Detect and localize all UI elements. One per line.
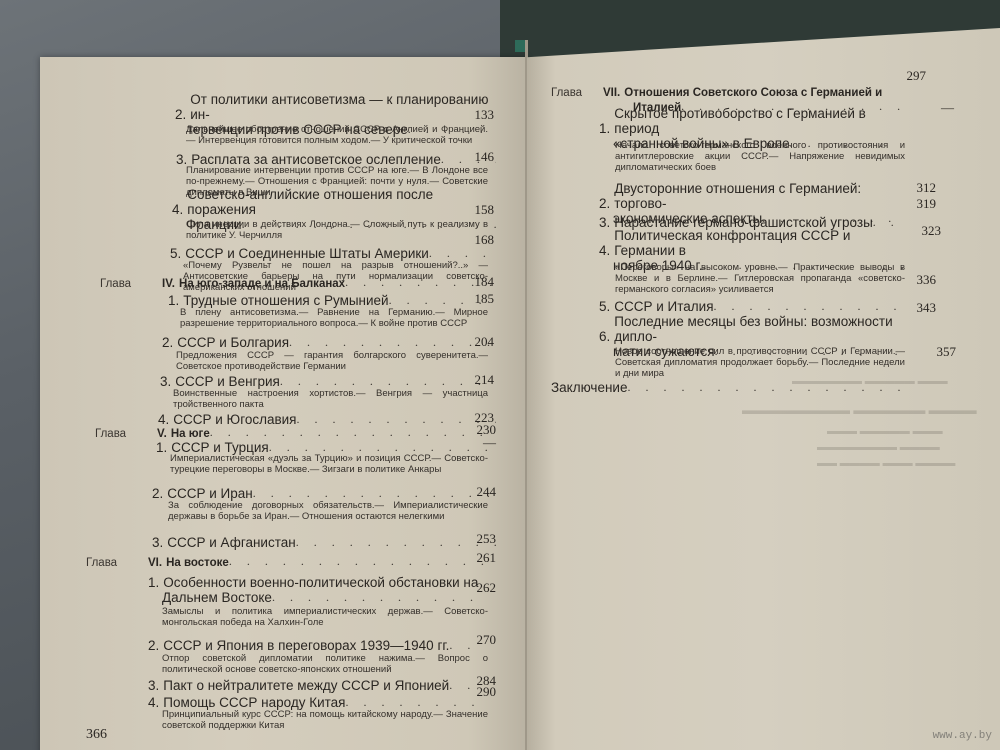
- section-title-line: Скрытое противоборство с Германией в пер…: [614, 106, 905, 136]
- page-number: 168: [460, 232, 494, 248]
- section-title-line: СССР и Иран: [167, 486, 252, 501]
- right-page: Глава VII. Отношения Советского Союза с …: [527, 28, 1000, 750]
- chapter-label: Глава: [86, 557, 148, 569]
- section-summary: В плену антисоветизма.— Равнение на Герм…: [180, 307, 488, 329]
- bleed-through-text: ▬▬▬ ▬▬▬▬▬ ▬▬▬▬▬▬▬: [792, 376, 948, 387]
- section-number: 4.: [599, 243, 610, 258]
- page-number: 204: [460, 334, 494, 350]
- section-title-line: Дальнем Востоке: [162, 590, 272, 605]
- page-number: 343: [902, 300, 936, 316]
- page-number: 133: [460, 107, 494, 123]
- chapter-title-line: Отношения Советского Союза с Германией и: [624, 87, 882, 99]
- section-title-line: СССР и Япония в переговорах 1939—1940 гг…: [163, 638, 449, 653]
- section-title-line: Советско-английские отношения после пора…: [187, 187, 496, 217]
- chapter-title: На юго-западе и на Балканах: [179, 278, 345, 290]
- section-number: 1.: [599, 121, 610, 136]
- toc-section: 2. СССР и Япония в переговорах 1939—1940…: [148, 635, 496, 653]
- bleed-through-text: ▬▬▬▬ ▬▬▬▬▬▬ ▬▬▬▬▬▬▬▬▬: [742, 403, 977, 417]
- section-title-line: От политики антисоветизма — к планирован…: [190, 92, 495, 122]
- leader-dots: . . . . . . . . . . . . . . . . . . . . …: [229, 554, 496, 569]
- section-title-line: СССР и Соединенные Штаты Америки: [185, 246, 429, 261]
- section-title-line: Помощь СССР народу Китая: [163, 695, 345, 710]
- section-number: 5.: [170, 246, 181, 261]
- section-summary: Новое соотношение сил в противостоянии С…: [615, 346, 905, 379]
- section-title-line: СССР и Венгрия: [175, 374, 280, 389]
- section-number: 4.: [148, 695, 159, 710]
- section-number: 1.: [168, 293, 179, 308]
- toc-section: 2. СССР и Иран. . . . . . . . . . . . . …: [152, 483, 496, 501]
- page-number: 146: [460, 149, 494, 165]
- page-number: 357: [922, 344, 956, 360]
- leader-dots: . . . . . . . . . . . . . . .: [714, 299, 905, 314]
- section-number: 3.: [160, 374, 171, 389]
- section-number: 2.: [162, 335, 173, 350]
- page-number: 253: [462, 531, 496, 547]
- toc-section: 5. СССР и Италия. . . . . . . . . . . . …: [599, 296, 905, 314]
- page-number: 261: [462, 550, 496, 566]
- chapter-title: На востоке: [166, 557, 229, 569]
- section-summary: За соблюдение договорных обязательств.— …: [168, 500, 488, 522]
- chapter-label: Глава: [100, 278, 162, 290]
- toc-section: 3. Пакт о нейтралитете между СССР и Япон…: [148, 675, 496, 693]
- page-number: 184: [460, 274, 494, 290]
- section-number: 2.: [148, 638, 159, 653]
- page-number: —: [920, 100, 954, 116]
- toc-section: 1. Особенности военно-политической обста…: [148, 572, 496, 605]
- left-page: 2. От политики антисоветизма — к планиро…: [40, 57, 527, 750]
- section-summary: «Переговоры» на высоком уровне.— Практич…: [615, 262, 905, 295]
- section-summary: Начало советско-германского военного про…: [615, 140, 905, 173]
- section-summary: Принципиальный курс СССР: на помощь кита…: [162, 709, 488, 731]
- toc-section: 4. Помощь СССР народу Китая. . . . . . .…: [148, 692, 496, 710]
- page-number: —: [462, 435, 496, 451]
- page-number: 336: [902, 272, 936, 288]
- page-number: 323: [907, 223, 941, 239]
- watermark: www.ay.by: [933, 730, 992, 742]
- section-number: 3.: [152, 535, 163, 550]
- page-number: 185: [460, 291, 494, 307]
- section-number: 1.: [148, 575, 159, 590]
- toc-section: 3. СССР и Афганистан. . . . . . . . . . …: [152, 532, 496, 550]
- page-number: 262: [462, 580, 496, 596]
- section-summary: Дальнейшее обострение отношений СССР с А…: [186, 124, 488, 146]
- toc-section: 2. СССР и Болгария. . . . . . . . . . . …: [162, 332, 496, 350]
- section-number: 2.: [599, 196, 610, 211]
- section-number: 6.: [599, 329, 610, 344]
- cover-edge: [515, 40, 525, 52]
- page-number: 297: [892, 68, 926, 84]
- section-number: 4.: [172, 202, 183, 217]
- page-number: 158: [460, 202, 494, 218]
- page-folio: 366: [86, 727, 107, 743]
- section-title-line: Политическая конфронтация СССР и Германи…: [614, 228, 905, 258]
- section-title-line: Пакт о нейтралитете между СССР и Японией: [163, 678, 449, 693]
- section-summary: Замыслы и политика империалистических де…: [162, 606, 488, 628]
- section-summary: Империалистическая «дуэль за Турцию» и п…: [170, 453, 488, 475]
- section-title-line: Трудные отношения с Румынией: [183, 293, 388, 308]
- section-title-line: Особенности военно-политической обстанов…: [163, 575, 478, 590]
- page-number: 290: [462, 684, 496, 700]
- section-title-line: 2.: [175, 107, 186, 122]
- page-number: 214: [460, 372, 494, 388]
- section-number: 2.: [152, 486, 163, 501]
- section-title-line: СССР и Афганистан: [167, 535, 295, 550]
- section-title-line: СССР и Болгария: [177, 335, 289, 350]
- toc-section: 5. СССР и Соединенные Штаты Америки. . .…: [170, 243, 496, 261]
- toc-chapter: Глава VI. На востоке . . . . . . . . . .…: [86, 551, 496, 569]
- chapter-number: IV.: [162, 278, 175, 290]
- section-number: 3.: [148, 678, 159, 693]
- leader-dots: . . . . . . . . . . . . . . . . . .: [253, 486, 496, 501]
- section-title-line: Двусторонние отношения с Германией: торг…: [614, 181, 905, 211]
- toc-chapter: Глава IV. На юго-западе и на Балканах . …: [100, 272, 496, 290]
- section-summary: Воинственные настроения хортистов.— Венг…: [173, 388, 488, 410]
- conclusion-title: Заключение: [551, 380, 627, 395]
- page-number: 319: [902, 196, 936, 212]
- chapter-number: VI.: [148, 557, 162, 569]
- bleed-through-text: ▬▬▬▬ ▬▬▬▬▬▬▬▬: [817, 442, 940, 453]
- section-number: 5.: [599, 299, 610, 314]
- bleed-through-text: ▬▬▬▬ ▬▬▬ ▬▬▬▬ ▬▬: [817, 458, 955, 469]
- section-summary: Предложения СССР — гарантия болгарского …: [176, 350, 488, 372]
- toc-section: 1. Трудные отношения с Румынией. . . . .…: [168, 290, 496, 308]
- section-number: 1.: [156, 440, 167, 455]
- page-number: 312: [902, 180, 936, 196]
- section-summary: Сила инерции в действиях Лондона.— Сложн…: [186, 219, 488, 241]
- chapter-label: Глава: [95, 428, 157, 440]
- toc-section: 3. СССР и Венгрия. . . . . . . . . . . .…: [160, 371, 496, 389]
- bleed-through-text: ▬▬▬ ▬▬▬▬▬ ▬▬▬: [827, 426, 943, 437]
- chapter-label: Глава: [551, 87, 603, 99]
- page-number: 270: [462, 632, 496, 648]
- page-number: 244: [462, 484, 496, 500]
- leader-dots: . . . . . .: [429, 246, 496, 261]
- section-title-line: Последние месяцы без войны: возможности …: [614, 314, 905, 344]
- chapter-number: VII.: [603, 87, 620, 99]
- section-title-line: СССР и Италия: [614, 299, 713, 314]
- section-summary: Отпор советской дипломатии политике нажи…: [162, 653, 488, 675]
